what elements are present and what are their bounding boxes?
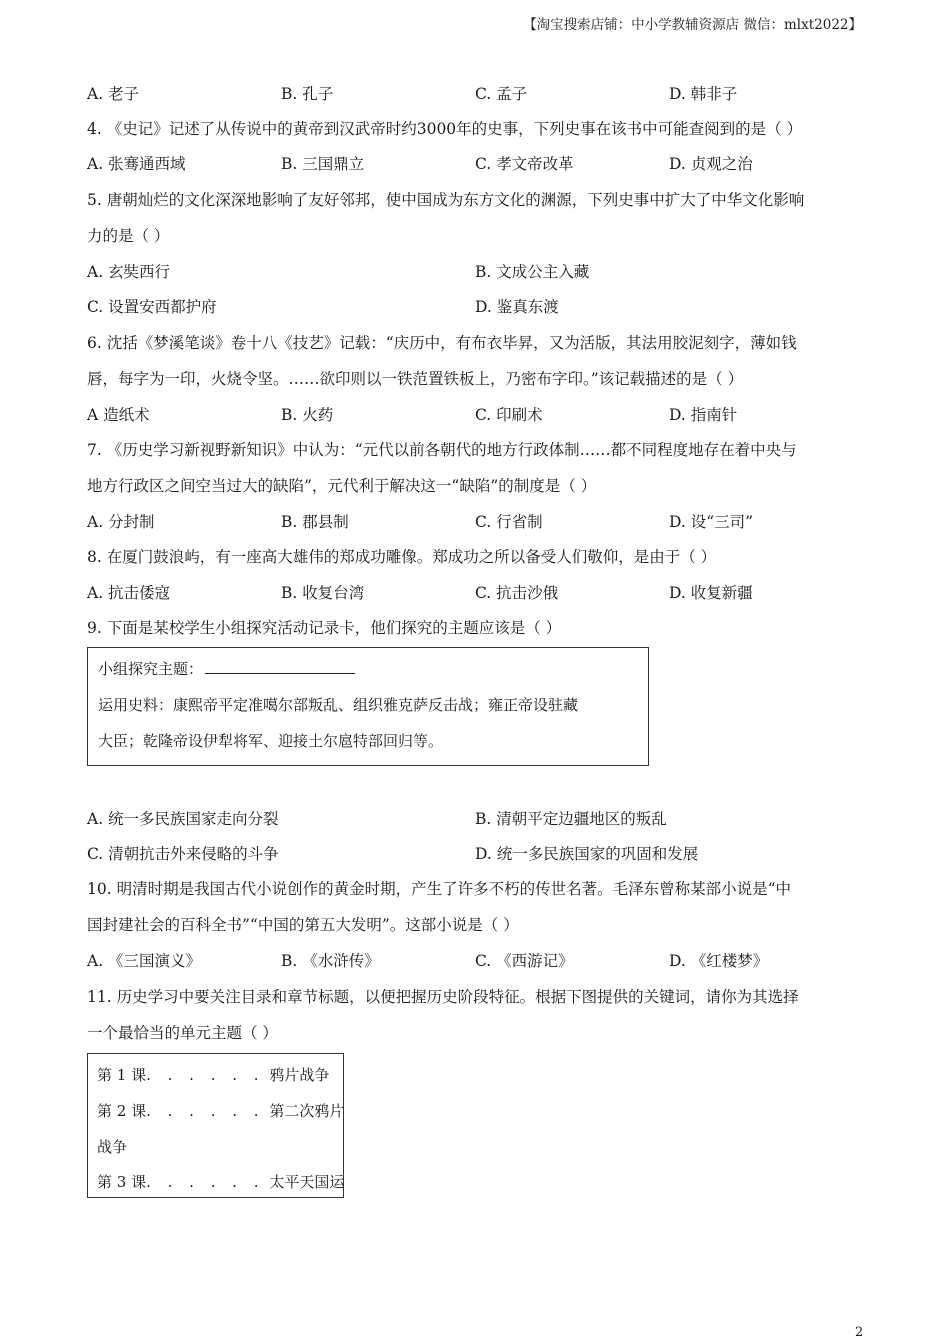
q6-option-d: D. 指南针 <box>669 403 737 425</box>
q5-stem-line2: 力的是（ ） <box>87 224 169 246</box>
q3-option-d: D. 韩非子 <box>669 82 737 104</box>
toc-title-1: 鸦片战争 <box>269 1066 329 1084</box>
q4-option-b: B. 三国鼎立 <box>281 152 364 174</box>
q7-option-c: C. 行省制 <box>475 510 543 532</box>
q10-option-a: A. 《三国演义》 <box>87 949 201 971</box>
q5-option-c: C. 设置安西都护府 <box>87 295 217 317</box>
q9-card-topic-row: 小组探究主题： <box>98 658 355 679</box>
q9-option-c: C. 清朝抗击外来侵略的斗争 <box>87 842 279 864</box>
q10-stem-line1: 10. 明清时期是我国古代小说创作的黄金时期，产生了许多不朽的传世名著。毛泽东曾… <box>87 877 791 899</box>
q8-option-a: A. 抗击倭寇 <box>87 581 170 603</box>
q9-stem: 9. 下面是某校学生小组探究活动记录卡，他们探究的主题应该是（ ） <box>87 616 561 638</box>
q3-option-a: A. 老子 <box>87 82 139 104</box>
q5-option-d: D. 鉴真东渡 <box>475 295 559 317</box>
q5-option-b: B. 文成公主入藏 <box>475 260 589 282</box>
q4-option-c: C. 孝文帝改革 <box>475 152 574 174</box>
toc-dots: . . . . . . <box>146 1066 264 1084</box>
q3-option-b: B. 孔子 <box>281 82 333 104</box>
q7-option-d: D. 设“三司” <box>669 510 753 532</box>
toc-dots: . . . . . . <box>146 1173 264 1191</box>
q10-option-d: D. 《红楼梦》 <box>669 949 768 971</box>
q7-stem-line2: 地方行政区之间空当过大的缺陷”，元代利于解决这一“缺陷”的制度是（ ） <box>87 474 596 496</box>
q9-option-a: A. 统一多民族国家走向分裂 <box>87 807 279 829</box>
q7-option-a: A. 分封制 <box>87 510 155 532</box>
q6-stem-line1: 6. 沈括《梦溪笔谈》卷十八《技艺》记载：“庆历中，有布衣毕昇，又为活版，其法用… <box>87 331 797 353</box>
q6-option-b: B. 火药 <box>281 403 333 425</box>
q9-card-material-line1: 运用史料：康熙帝平定准噶尔部叛乱、组织雅克萨反击战；雍正帝设驻藏 <box>98 694 578 715</box>
q8-stem: 8. 在厦门鼓浪屿，有一座高大雄伟的郑成功雕像。郑成功之所以备受人们敬仰，是由于… <box>87 545 716 567</box>
toc-lesson-1: 第 1 课 <box>97 1066 146 1084</box>
toc-title-2: 第二次鸦片 <box>269 1102 344 1120</box>
q7-stem-line1: 7. 《历史学习新视野新知识》中认为：“元代以前各朝代的地方行政体制……都不同程… <box>87 438 797 460</box>
q4-stem: 4. 《史记》记述了从传说中的黄帝到汉武帝时约3000年的史事，下列史事在该书中… <box>87 117 802 139</box>
q3-option-c: C. 孟子 <box>475 82 527 104</box>
q9-card-topic-blank <box>205 659 355 674</box>
q6-stem-line2: 唇，每字为一印，火烧令坚。……欲印则以一铁范置铁板上，乃密布字印。”该记载描述的… <box>87 367 743 389</box>
q6-option-c: C. 印刷术 <box>475 403 543 425</box>
q6-option-a: A 造纸术 <box>87 403 150 425</box>
toc-dots: . . . . . . <box>146 1102 264 1120</box>
q10-option-b: B. 《水浒传》 <box>281 949 380 971</box>
q8-option-b: B. 收复台湾 <box>281 581 364 603</box>
q8-option-c: C. 抗击沙俄 <box>475 581 558 603</box>
q9-option-b: B. 清朝平定边疆地区的叛乱 <box>475 807 667 829</box>
q11-stem-line2: 一个最恰当的单元主题（ ） <box>87 1021 278 1043</box>
toc-title-3: 太平天国运 <box>269 1173 344 1191</box>
q9-card-material-line2: 大臣；乾隆帝设伊犁将军、迎接土尔扈特部回归等。 <box>98 730 443 751</box>
q9-card-topic-label: 小组探究主题： <box>98 660 203 678</box>
q4-option-d: D. 贞观之治 <box>669 152 753 174</box>
page-header-watermark: 【淘宝搜索店铺：中小学教辅资源店 微信：mlxt2022】 <box>523 13 862 33</box>
toc-lesson-3: 第 3 课 <box>97 1173 146 1191</box>
q5-stem-line1: 5. 唐朝灿烂的文化深深地影响了友好邻邦，使中国成为东方文化的渊源，下列史事中扩… <box>87 188 804 210</box>
toc-row-2-wrap: 战争 <box>97 1136 127 1157</box>
q10-stem-line2: 国封建社会的百科全书”“中国的第五大发明”。这部小说是（ ） <box>87 913 519 935</box>
q9-option-d: D. 统一多民族国家的巩固和发展 <box>475 842 698 864</box>
q11-stem-line1: 11. 历史学习中要关注目录和章节标题，以便把握历史阶段特征。根据下图提供的关键… <box>87 985 799 1007</box>
q10-option-c: C. 《西游记》 <box>475 949 574 971</box>
toc-row-3: 第 3 课. . . . . . 太平天国运 <box>97 1171 344 1192</box>
toc-row-2: 第 2 课. . . . . . 第二次鸦片 <box>97 1100 344 1121</box>
q9-record-card: 小组探究主题： 运用史料：康熙帝平定准噶尔部叛乱、组织雅克萨反击战；雍正帝设驻藏… <box>87 647 649 766</box>
toc-lesson-2: 第 2 课 <box>97 1102 146 1120</box>
q4-option-a: A. 张骞通西域 <box>87 152 186 174</box>
q8-option-d: D. 收复新疆 <box>669 581 753 603</box>
page-number: 2 <box>855 1325 863 1340</box>
q7-option-b: B. 郡县制 <box>281 510 349 532</box>
q11-table-of-contents: 第 1 课. . . . . . 鸦片战争 第 2 课. . . . . . 第… <box>87 1053 344 1198</box>
q5-option-a: A. 玄奘西行 <box>87 260 170 282</box>
toc-row-1: 第 1 课. . . . . . 鸦片战争 <box>97 1064 329 1085</box>
